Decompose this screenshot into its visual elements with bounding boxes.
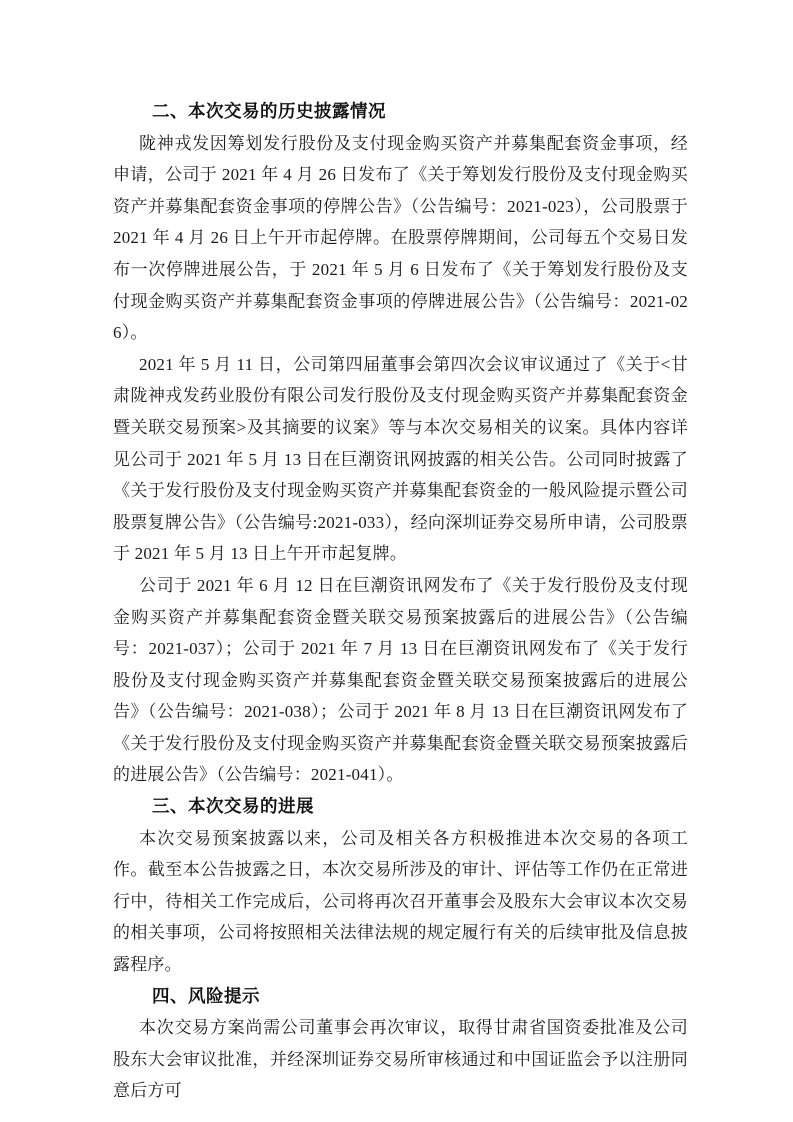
paragraph-transaction-progress: 本次交易预案披露以来，公司及相关各方积极推进本次交易的各项工作。截至本公告披露之… (113, 823, 688, 981)
paragraph-board-meeting-disclosure: 2021 年 5 月 11 日，公司第四届董事会第四次会议审议通过了《关于<甘肃… (113, 349, 688, 570)
heading-section-2-history-disclosure: 二、本次交易的历史披露情况 (113, 96, 688, 128)
paragraph-suspension-announcements: 陇神戎发因筹划发行股份及支付现金购买资产并募集配套资金事项，经申请，公司于 20… (113, 128, 688, 349)
paragraph-risk-approval-requirements: 本次交易方案尚需公司董事会再次审议，取得甘肃省国资委批准及公司股东大会审议批准，… (113, 1012, 688, 1107)
document-page: 二、本次交易的历史披露情况 陇神戎发因筹划发行股份及支付现金购买资产并募集配套资… (113, 96, 688, 1107)
heading-section-3-transaction-progress: 三、本次交易的进展 (113, 791, 688, 823)
heading-section-4-risk-warning: 四、风险提示 (113, 981, 688, 1013)
paragraph-progress-announcements: 公司于 2021 年 6 月 12 日在巨潮资讯网发布了《关于发行股份及支付现金… (113, 570, 688, 791)
